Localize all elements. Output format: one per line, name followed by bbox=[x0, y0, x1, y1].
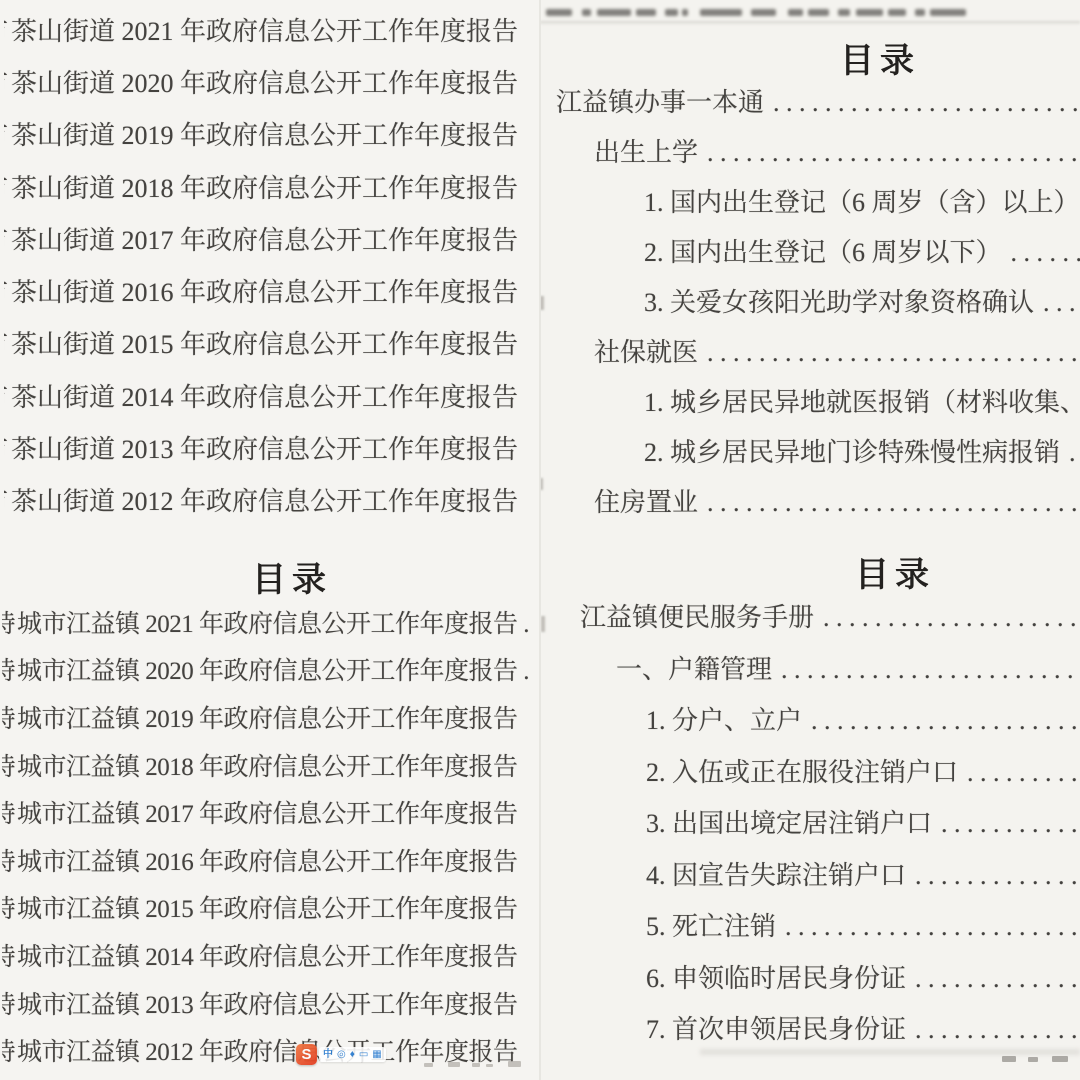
report-title-line: 特 城市江益镇 2016 年政府信息公开工作年度报告 bbox=[0, 836, 540, 884]
ime-icon[interactable]: ◎ bbox=[337, 1050, 346, 1060]
clipped-char: 市 bbox=[4, 324, 8, 361]
ime-icon[interactable]: ▭ bbox=[359, 1050, 368, 1060]
report-title-line: 市 茶山街道 2012 年政府信息公开工作年度报告 bbox=[0, 474, 540, 526]
report-title-text: 城市江益镇 2015 年政府信息公开工作年度报告 bbox=[17, 889, 518, 925]
clipped-char: 市 bbox=[4, 63, 8, 100]
clipped-char: 市 bbox=[4, 115, 8, 152]
report-title-line: 特 城市江益镇 2018 年政府信息公开工作年度报告 bbox=[0, 741, 540, 789]
dot-leader: ........................................… bbox=[698, 478, 1080, 528]
taskbar-artifact bbox=[1002, 1056, 1016, 1062]
dot-leader: ........................................… bbox=[802, 695, 1080, 747]
report-title-text: 茶山街道 2016 年政府信息公开工作年度报告 bbox=[11, 272, 518, 309]
clipped-char: 特 bbox=[2, 889, 15, 925]
bottom-smudge bbox=[700, 1049, 1080, 1055]
report-title-line: 特 城市江益镇 2020 年政府信息公开工作年度报告 . bbox=[0, 646, 540, 694]
clipped-char: 市 bbox=[4, 481, 8, 518]
dot-leader: ........................................… bbox=[764, 78, 1080, 128]
dot-leader: ........................................… bbox=[1034, 278, 1080, 328]
collage-seam bbox=[539, 0, 541, 1080]
report-title-line: 特 城市江益镇 2014 年政府信息公开工作年度报告 bbox=[0, 931, 540, 979]
toc-entry: 6. 申领临时居民身份证 ...........................… bbox=[540, 953, 1080, 1005]
toc-entry-text: 1. 城乡居民异地就医报销（材料收集、递 bbox=[644, 378, 1080, 428]
toc-bianmin-shouce: 江益镇便民服务手册 ..............................… bbox=[540, 592, 1080, 1056]
report-title-text: 茶山街道 2012 年政府信息公开工作年度报告 bbox=[11, 481, 518, 518]
sogou-logo-icon[interactable]: S bbox=[296, 1044, 317, 1065]
toc-entry-text: 一、户籍管理 bbox=[616, 644, 772, 696]
dot-leader: ........................................… bbox=[698, 328, 1080, 378]
report-title-text: 茶山街道 2018 年政府信息公开工作年度报告 bbox=[11, 168, 518, 205]
ime-icon[interactable]: ♦ bbox=[350, 1050, 355, 1060]
toc-entry-text: 江益镇便民服务手册 bbox=[580, 592, 814, 644]
toc-entry-text: 2. 城乡居民异地门诊特殊慢性病报销 bbox=[644, 428, 1060, 478]
toc-entry: 5. 死亡注销 ................................… bbox=[540, 901, 1080, 953]
toc-entry-text: 社保就医 bbox=[594, 328, 698, 378]
dot-leader: ........................................… bbox=[772, 644, 1080, 696]
toc-entry-text: 4. 因宣告失踪注销户口 bbox=[646, 850, 906, 902]
toc-entry: 2. 入伍或正在服役注销户口 .........................… bbox=[540, 747, 1080, 799]
taskbar-artifact bbox=[472, 1063, 480, 1067]
dot-leader: ........................................… bbox=[906, 850, 1080, 902]
clipped-char: 特 bbox=[2, 651, 15, 687]
report-title-line: 特 城市江益镇 2019 年政府信息公开工作年度报告 bbox=[0, 693, 540, 741]
screenshot-collage: 市 茶山街道 2021 年政府信息公开工作年度报告 市 茶山街道 2020 年政… bbox=[0, 0, 1080, 1080]
report-title-text: 茶山街道 2015 年政府信息公开工作年度报告 bbox=[11, 324, 518, 361]
toc-entry: 4. 因宣告失踪注销户口 ...........................… bbox=[540, 850, 1080, 902]
toc-entry: 江益镇办事一本通 ...............................… bbox=[540, 78, 1080, 128]
clipped-char: 市 bbox=[4, 11, 8, 48]
toc-heading-bottom-right: 目录 bbox=[855, 547, 935, 596]
report-title-text: 城市江益镇 2013 年政府信息公开工作年度报告 bbox=[17, 985, 518, 1021]
clipped-char: 特 bbox=[2, 1032, 15, 1068]
report-title-text: 城市江益镇 2018 年政府信息公开工作年度报告 bbox=[17, 747, 518, 783]
report-title-text: 茶山街道 2017 年政府信息公开工作年度报告 bbox=[11, 220, 518, 257]
report-title-text: 城市江益镇 2017 年政府信息公开工作年度报告 bbox=[17, 794, 518, 830]
dot-leader: ........................................… bbox=[906, 953, 1080, 1005]
clipped-char: 特 bbox=[2, 794, 15, 830]
report-title-line: 市 茶山街道 2015 年政府信息公开工作年度报告 bbox=[0, 317, 540, 369]
toc-entry: 1. 分户、立户 ...............................… bbox=[540, 695, 1080, 747]
clipped-char: 特 bbox=[2, 937, 15, 973]
dot-leader: ........................................… bbox=[958, 747, 1080, 799]
report-title-line: 特 城市江益镇 2021 年政府信息公开工作年度报告 . bbox=[0, 598, 540, 646]
taskbar-artifact bbox=[508, 1061, 521, 1067]
report-title-text: 茶山街道 2020 年政府信息公开工作年度报告 bbox=[11, 63, 518, 100]
report-title-text: 城市江益镇 2021 年政府信息公开工作年度报告 . bbox=[17, 604, 529, 640]
toc-entry: 一、户籍管理 .................................… bbox=[540, 644, 1080, 696]
report-title-line: 市 茶山街道 2017 年政府信息公开工作年度报告 bbox=[0, 212, 540, 264]
clipped-char: 市 bbox=[4, 168, 8, 205]
report-title-text: 茶山街道 2013 年政府信息公开工作年度报告 bbox=[11, 429, 518, 466]
blurred-text-row bbox=[546, 5, 1076, 19]
report-title-text: 茶山街道 2019 年政府信息公开工作年度报告 bbox=[11, 115, 518, 152]
left-column: 市 茶山街道 2021 年政府信息公开工作年度报告 市 茶山街道 2020 年政… bbox=[0, 0, 540, 1080]
scan-artifact bbox=[541, 616, 545, 632]
toc-entry-text: 江益镇办事一本通 bbox=[556, 78, 764, 128]
ime-toolbar[interactable]: S 中 ◎ ♦ ▭ ▦ bbox=[296, 1044, 386, 1065]
toc-entry: 2. 国内出生登记（6 周岁以下） ......................… bbox=[540, 228, 1080, 278]
strip-shadow bbox=[540, 21, 1080, 25]
dot-leader: ........................................… bbox=[906, 1004, 1080, 1056]
toc-entry-text: 出生上学 bbox=[594, 128, 698, 178]
clipped-char: 特 bbox=[2, 842, 15, 878]
toc-entry-text: 1. 国内出生登记（6 周岁（含）以上） bbox=[644, 178, 1080, 228]
clipped-char: 特 bbox=[2, 699, 15, 735]
clipped-char: 市 bbox=[4, 377, 8, 414]
toc-entry-text: 3. 关爱女孩阳光助学对象资格确认 bbox=[644, 278, 1034, 328]
report-title-line: 特 城市江益镇 2017 年政府信息公开工作年度报告 bbox=[0, 788, 540, 836]
toc-entry: 2. 城乡居民异地门诊特殊慢性病报销 .....................… bbox=[540, 428, 1080, 478]
dot-leader: ........................................… bbox=[698, 128, 1080, 178]
report-title-text: 城市江益镇 2016 年政府信息公开工作年度报告 bbox=[17, 842, 518, 878]
report-title-line: 特 城市江益镇 2013 年政府信息公开工作年度报告 bbox=[0, 979, 540, 1027]
toc-entry: 3. 出国出境定居注销户口 ..........................… bbox=[540, 798, 1080, 850]
toc-heading-top-right: 目录 bbox=[840, 33, 920, 82]
report-title-text: 城市江益镇 2014 年政府信息公开工作年度报告 bbox=[17, 937, 518, 973]
taskbar-artifact bbox=[1052, 1056, 1068, 1062]
clipped-char: 市 bbox=[4, 220, 8, 257]
report-title-line: 市 茶山街道 2018 年政府信息公开工作年度报告 bbox=[0, 160, 540, 212]
toc-entry-text: 6. 申领临时居民身份证 bbox=[646, 953, 906, 1005]
chashan-report-list: 市 茶山街道 2021 年政府信息公开工作年度报告 市 茶山街道 2020 年政… bbox=[0, 3, 540, 526]
toc-entry: 出生上学 ...................................… bbox=[540, 128, 1080, 178]
clipped-char: 市 bbox=[4, 272, 8, 309]
ime-icon[interactable]: 中 bbox=[323, 1050, 333, 1060]
dot-leader: ........................................… bbox=[814, 592, 1080, 644]
toc-entry: 住房置业 ...................................… bbox=[540, 478, 1080, 528]
taskbar-artifact bbox=[424, 1063, 433, 1067]
toc-entry: 社保就医 ...................................… bbox=[540, 328, 1080, 378]
toc-entry-text: 1. 分户、立户 bbox=[646, 695, 802, 747]
toc-entry-text: 2. 入伍或正在服役注销户口 bbox=[646, 747, 958, 799]
report-title-text: 城市江益镇 2012 年政府信息公开工作年度报告 bbox=[17, 1032, 518, 1068]
dot-leader: ........................................… bbox=[932, 798, 1080, 850]
dot-leader: ........................................… bbox=[1060, 428, 1080, 478]
report-title-line: 市 茶山街道 2021 年政府信息公开工作年度报告 bbox=[0, 3, 540, 55]
toc-entry-text: 7. 首次申领居民身份证 bbox=[646, 1004, 906, 1056]
report-title-line: 特 城市江益镇 2015 年政府信息公开工作年度报告 bbox=[0, 884, 540, 932]
clipped-char: 特 bbox=[2, 985, 15, 1021]
report-title-text: 城市江益镇 2019 年政府信息公开工作年度报告 bbox=[17, 699, 518, 735]
toc-entry: 江益镇便民服务手册 ..............................… bbox=[540, 592, 1080, 644]
toc-entry: 1. 城乡居民异地就医报销（材料收集、递 ...................… bbox=[540, 378, 1080, 428]
report-title-text: 茶山街道 2021 年政府信息公开工作年度报告 bbox=[11, 11, 518, 48]
toc-entry: 7. 首次申领居民身份证 ...........................… bbox=[540, 1004, 1080, 1056]
taskbar-artifact bbox=[486, 1064, 493, 1067]
taskbar-artifact bbox=[448, 1062, 460, 1067]
clipped-char: 市 bbox=[4, 429, 8, 466]
toc-entry-text: 住房置业 bbox=[594, 478, 698, 528]
taskbar-artifact bbox=[1028, 1057, 1038, 1062]
clipped-char: 特 bbox=[2, 747, 15, 783]
report-title-line: 市 茶山街道 2013 年政府信息公开工作年度报告 bbox=[0, 421, 540, 473]
toc-entry: 3. 关爱女孩阳光助学对象资格确认 ......................… bbox=[540, 278, 1080, 328]
toc-entry-text: 5. 死亡注销 bbox=[646, 901, 776, 953]
toc-banshi-yibentong: 江益镇办事一本通 ...............................… bbox=[540, 78, 1080, 528]
clipped-char: 特 bbox=[2, 604, 15, 640]
dot-leader: ........................................… bbox=[776, 901, 1080, 953]
report-title-text: 茶山街道 2014 年政府信息公开工作年度报告 bbox=[11, 377, 518, 414]
report-title-line: 市 茶山街道 2019 年政府信息公开工作年度报告 bbox=[0, 108, 540, 160]
toc-entry-text: 2. 国内出生登记（6 周岁以下） bbox=[644, 228, 1002, 278]
toc-entry-text: 3. 出国出境定居注销户口 bbox=[646, 798, 932, 850]
dot-leader: ........................................… bbox=[1002, 228, 1080, 278]
report-title-line: 市 茶山街道 2020 年政府信息公开工作年度报告 bbox=[0, 55, 540, 107]
toc-heading-bottom-left: 目录 bbox=[252, 552, 332, 601]
ime-icon[interactable]: ▦ bbox=[372, 1050, 381, 1060]
report-title-text: 城市江益镇 2020 年政府信息公开工作年度报告 . bbox=[17, 651, 529, 687]
right-column: 目录 江益镇办事一本通 ............................… bbox=[540, 0, 1080, 1080]
ime-tray[interactable]: 中 ◎ ♦ ▭ ▦ bbox=[319, 1047, 386, 1062]
report-title-line: 市 茶山街道 2014 年政府信息公开工作年度报告 bbox=[0, 369, 540, 421]
toc-entry: 1. 国内出生登记（6 周岁（含）以上） ...................… bbox=[540, 178, 1080, 228]
report-title-line: 市 茶山街道 2016 年政府信息公开工作年度报告 bbox=[0, 264, 540, 316]
jiangyi-report-list: 特 城市江益镇 2021 年政府信息公开工作年度报告 . 特 城市江益镇 202… bbox=[0, 598, 540, 1074]
